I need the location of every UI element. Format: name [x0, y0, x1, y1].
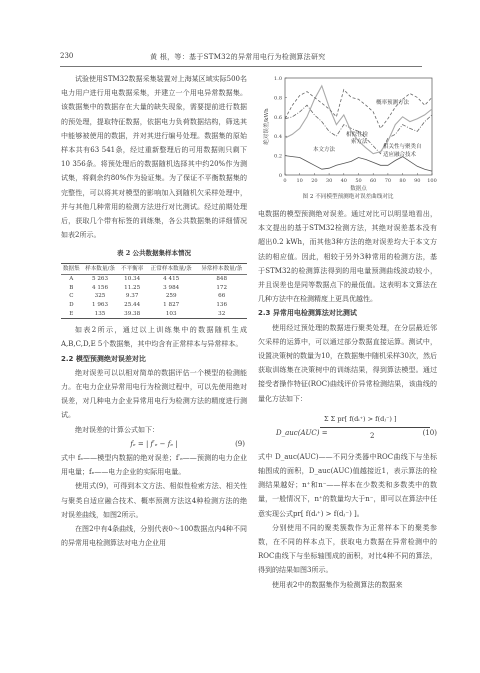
table-cell: 172 [196, 284, 247, 293]
table-cell: E [61, 310, 82, 319]
equation-number: (10) [423, 426, 437, 440]
paragraph: 使用表2中的数据集作为检测算法的数据来 [258, 578, 437, 592]
fraction-bar [320, 427, 430, 428]
x-tick-label: 40 [341, 178, 347, 184]
series-line [285, 90, 432, 129]
table-cell: 136 [196, 301, 247, 310]
paragraph: 绝对误差可以以相对简单的数据评估一个模型的检测能力。在电力企业异常用电行为检测过… [61, 366, 247, 423]
table-row: A5 26310.344 415848 [61, 275, 247, 284]
table-row: B4 15611.253 984172 [61, 284, 247, 293]
column-header: 异常样本数量/条 [196, 263, 247, 275]
equation-numerator: Σ Σ pr[ f(dᵢ⁺) > f(dⱼ⁻) ] [324, 412, 397, 426]
table-caption: 表 2 公共数据集样本情况 [61, 246, 247, 260]
x-tick-label: 80 [399, 178, 405, 184]
paragraph: 如表2所示，通过以上训练集中的数据随机生成A,B,C,D,E 5个数据集，其中均… [61, 323, 247, 351]
table-row: C3259.3725966 [61, 292, 247, 301]
curve-annotation: 适应融合技术 [383, 150, 417, 158]
table-cell: 10.34 [118, 275, 146, 284]
table-cell: 9.37 [118, 292, 146, 301]
table-cell: 103 [146, 310, 197, 319]
paragraph: 试验使用STM32数据采集装置对上海某区域实际500名电力用户进行用电数据采集，… [61, 72, 247, 242]
x-tick-label: 70 [385, 178, 391, 184]
curve-annotation: 相关性与聚类自 [383, 142, 422, 150]
x-tick-label: 0 [283, 178, 286, 184]
y-tick-label: 0 [279, 173, 282, 179]
equation-10: D_auc(AUC) = Σ Σ pr[ f(dᵢ⁺) > f(dⱼ⁻) ] 2… [258, 412, 437, 450]
y-tick-label: 0.6 [274, 115, 282, 121]
x-tick-label: 100 [427, 178, 437, 184]
table-cell: C [61, 292, 82, 301]
plot-frame [285, 78, 432, 175]
left-column: 试验使用STM32数据采集装置对上海某区域实际500名电力用户进行用电数据采集，… [61, 72, 247, 550]
equation-number: (9) [235, 437, 245, 451]
equation-denominator: 2 [370, 429, 374, 443]
column-header: 不平衡率 [118, 263, 146, 275]
table-cell: 32 [196, 310, 247, 319]
table-cell: D [61, 301, 82, 310]
equation-lhs: D_auc(AUC) = [276, 426, 328, 440]
dataset-table: 数据集样本数量/条不平衡率正常样本数量/条异常样本数量/条 A5 26310.3… [61, 263, 247, 320]
curve-annotation: 本文方法 [313, 145, 336, 153]
table-cell: 11.25 [118, 284, 146, 293]
curve-annotation: 相似性检 [346, 130, 369, 138]
table-cell: 39.38 [118, 310, 146, 319]
figure-caption: 图 2 不同模型预测绝对误差曲线对比 [258, 192, 438, 200]
curve-annotation: 概率预测方法 [376, 98, 410, 106]
table-cell: 4 415 [146, 275, 197, 284]
x-axis-label: 数据点 [350, 184, 367, 192]
paragraph: 电数据的模型预测绝对误差。通过对比可以明显地看出，本文提出的基于STM32检测方… [258, 207, 437, 306]
equation-9: fₑ = | f′ₑ − fₑ | (9) [61, 437, 247, 451]
x-tick-label: 90 [414, 178, 420, 184]
table-cell: 3 984 [146, 284, 197, 293]
table-row: E13539.3810332 [61, 310, 247, 319]
y-tick-label: 0.2 [274, 154, 282, 160]
paragraph: 绝对误差的计算公式如下： [61, 423, 247, 437]
paragraph: 式中 D_auc(AUC)——不同分类器中ROC曲线下与坐标轴围成的面积，D_a… [258, 450, 437, 521]
table-cell: 4 156 [82, 284, 119, 293]
x-tick-label: 10 [297, 178, 303, 184]
x-tick-label: 60 [370, 178, 376, 184]
column-header: 正常样本数量/条 [146, 263, 197, 275]
paragraph: 在图2中有4条曲线，分别代表0～100数据点内4种不同的异常用电检测算法对电力企… [61, 522, 247, 550]
section-heading: 2.2 模型预测绝对误差对比 [61, 352, 247, 366]
table-cell: 1 963 [82, 301, 119, 310]
table-cell: A [61, 275, 82, 284]
equation-body: fₑ = | f′ₑ − fₑ | [130, 440, 177, 448]
table-cell: 5 263 [82, 275, 119, 284]
column-header: 数据集 [61, 263, 82, 275]
y-tick-label: 0.4 [274, 134, 282, 140]
line-chart: 00.20.40.60.81.00102030405060708090100数据… [258, 70, 438, 192]
paragraph: 式中 fₑ——模型内数据的绝对误差；f′ₑ——预测的电力企业用电量；fₑ——电力… [61, 451, 247, 479]
table-cell: 25.44 [118, 301, 146, 310]
table-cell: 66 [196, 292, 247, 301]
y-tick-label: 0.8 [274, 95, 282, 101]
table-cell: 259 [146, 292, 197, 301]
table-cell: B [61, 284, 82, 293]
section-heading: 2.3 异常用电检测算法对比测试 [258, 306, 437, 320]
column-header: 样本数量/条 [82, 263, 119, 275]
table-cell: 135 [82, 310, 119, 319]
x-tick-label: 30 [326, 178, 332, 184]
paragraph: 使用经过预处理的数据进行聚类处理，在分层最近邻欠采样的运算中，可以通过部分数据直… [258, 321, 437, 406]
x-tick-label: 20 [311, 178, 317, 184]
table-cell: 848 [196, 275, 247, 284]
running-title: 黄 根，等：基于STM32的异常用电行为检测算法研究 [150, 52, 326, 62]
y-axis-label: 绝对误差/kWh [262, 108, 270, 145]
paragraph: 分别使用不同的聚类簇数作为正常样本下的聚类参数，在不同的样本点下，获取电力数据在… [258, 521, 437, 578]
table-cell: 1 827 [146, 301, 197, 310]
page-number: 230 [60, 52, 73, 60]
right-column: 电数据的模型预测绝对误差。通过对比可以明显地看出，本文提出的基于STM32检测方… [258, 207, 437, 592]
x-tick-label: 50 [355, 178, 361, 184]
page-header: 230 黄 根，等：基于STM32的异常用电行为检测算法研究 [60, 52, 422, 66]
header-rule [60, 66, 422, 67]
table-row: D1 96325.441 827136 [61, 301, 247, 310]
y-tick-label: 1.0 [274, 76, 282, 82]
table-cell: 325 [82, 292, 119, 301]
paragraph: 使用式(9)，可得到本文方法、相似性检索方法、相关性与聚类自适应融合技术、概率预… [61, 479, 247, 522]
curve-annotation: 索方法 [351, 137, 368, 145]
figure-2-chart: 00.20.40.60.81.00102030405060708090100数据… [258, 70, 438, 210]
